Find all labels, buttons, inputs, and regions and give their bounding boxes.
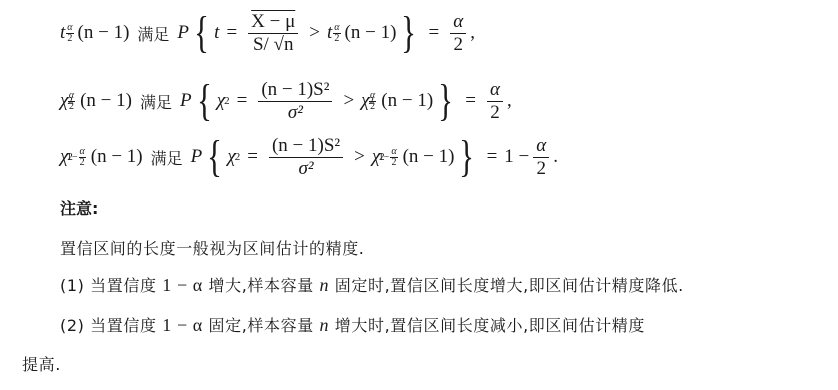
punctuation: .: [553, 146, 558, 168]
chi-statistic-fraction: (n − 1)S² σ²: [269, 136, 343, 179]
lhs-chi: χ 2 1− α 2: [60, 146, 87, 168]
punctuation: ,: [470, 22, 475, 44]
equals-sign: =: [226, 22, 237, 44]
fraction-denominator: S/ √n: [250, 34, 297, 55]
greater-than: >: [343, 90, 354, 112]
rhs-chi: χ 2 α 2: [361, 90, 377, 112]
note-heading: 注意:: [60, 196, 98, 219]
lhs-arg: (n − 1): [91, 146, 143, 168]
sample-mean: X − μ: [251, 11, 295, 32]
rhs-symbol: t: [327, 22, 332, 44]
lhs-subscript: α 2: [66, 23, 73, 44]
greater-than: >: [354, 146, 365, 168]
t-statistic-fraction: X − μ S/ √n: [248, 12, 298, 55]
result-fraction: α 2: [533, 136, 549, 179]
note-item-2: (2) 当置信度 1 − α 固定,样本容量 n 增大时,置信区间长度减小,即区…: [60, 313, 645, 336]
lhs-arg: (n − 1): [80, 90, 132, 112]
formula-chi-square-lower: χ 2 1− α 2 (n − 1) 满足 P { χ2 = (n − 1)S²…: [60, 128, 558, 186]
equals-sign: =: [429, 22, 440, 44]
rhs-chi: χ 2 1− α 2: [372, 146, 399, 168]
right-brace: }: [460, 135, 475, 179]
lhs-chi: χ 2 α 2: [60, 90, 76, 112]
prob-symbol: P: [177, 22, 189, 44]
equals-sign: =: [465, 90, 476, 112]
greater-than: >: [309, 22, 320, 44]
prob-symbol: P: [180, 90, 192, 112]
right-brace: }: [438, 79, 453, 123]
lhs-arg: (n − 1): [78, 22, 130, 44]
note-intro: 置信区间的长度一般视为区间估计的精度.: [60, 236, 365, 259]
result-fraction: α 2: [450, 12, 466, 55]
rhs-subscript: α 2: [333, 23, 340, 44]
result-fraction: α 2: [487, 80, 503, 123]
rhs-arg: (n − 1): [381, 90, 433, 112]
left-brace: {: [207, 135, 222, 179]
note-item-2-continuation: 提高.: [22, 352, 61, 375]
equals-sign: =: [247, 146, 258, 168]
equals-sign: =: [487, 146, 498, 168]
formula-t-distribution: t α 2 (n − 1) 满足 P { t = X − μ S/ √n > t…: [60, 4, 475, 62]
lhs-symbol: t: [60, 22, 65, 44]
connector-text: 满足: [137, 22, 169, 45]
prob-symbol: P: [191, 146, 203, 168]
punctuation: ,: [507, 90, 512, 112]
left-brace: {: [194, 11, 209, 55]
connector-text: 满足: [140, 90, 172, 113]
connector-text: 满足: [151, 146, 183, 169]
result-prefix: 1 −: [504, 146, 529, 168]
right-brace: }: [402, 11, 417, 55]
chi-statistic-fraction: (n − 1)S² σ²: [258, 80, 332, 123]
left-brace: {: [197, 79, 212, 123]
rhs-arg: (n − 1): [345, 22, 397, 44]
rhs-arg: (n − 1): [403, 146, 455, 168]
equals-sign: =: [237, 90, 248, 112]
note-item-1: (1) 当置信度 1 − α 增大,样本容量 n 固定时,置信区间长度增大,即区…: [60, 273, 684, 296]
variable: t: [214, 22, 219, 44]
formula-chi-square-upper: χ 2 α 2 (n − 1) 满足 P { χ2 = (n − 1)S² σ²…: [60, 72, 512, 130]
